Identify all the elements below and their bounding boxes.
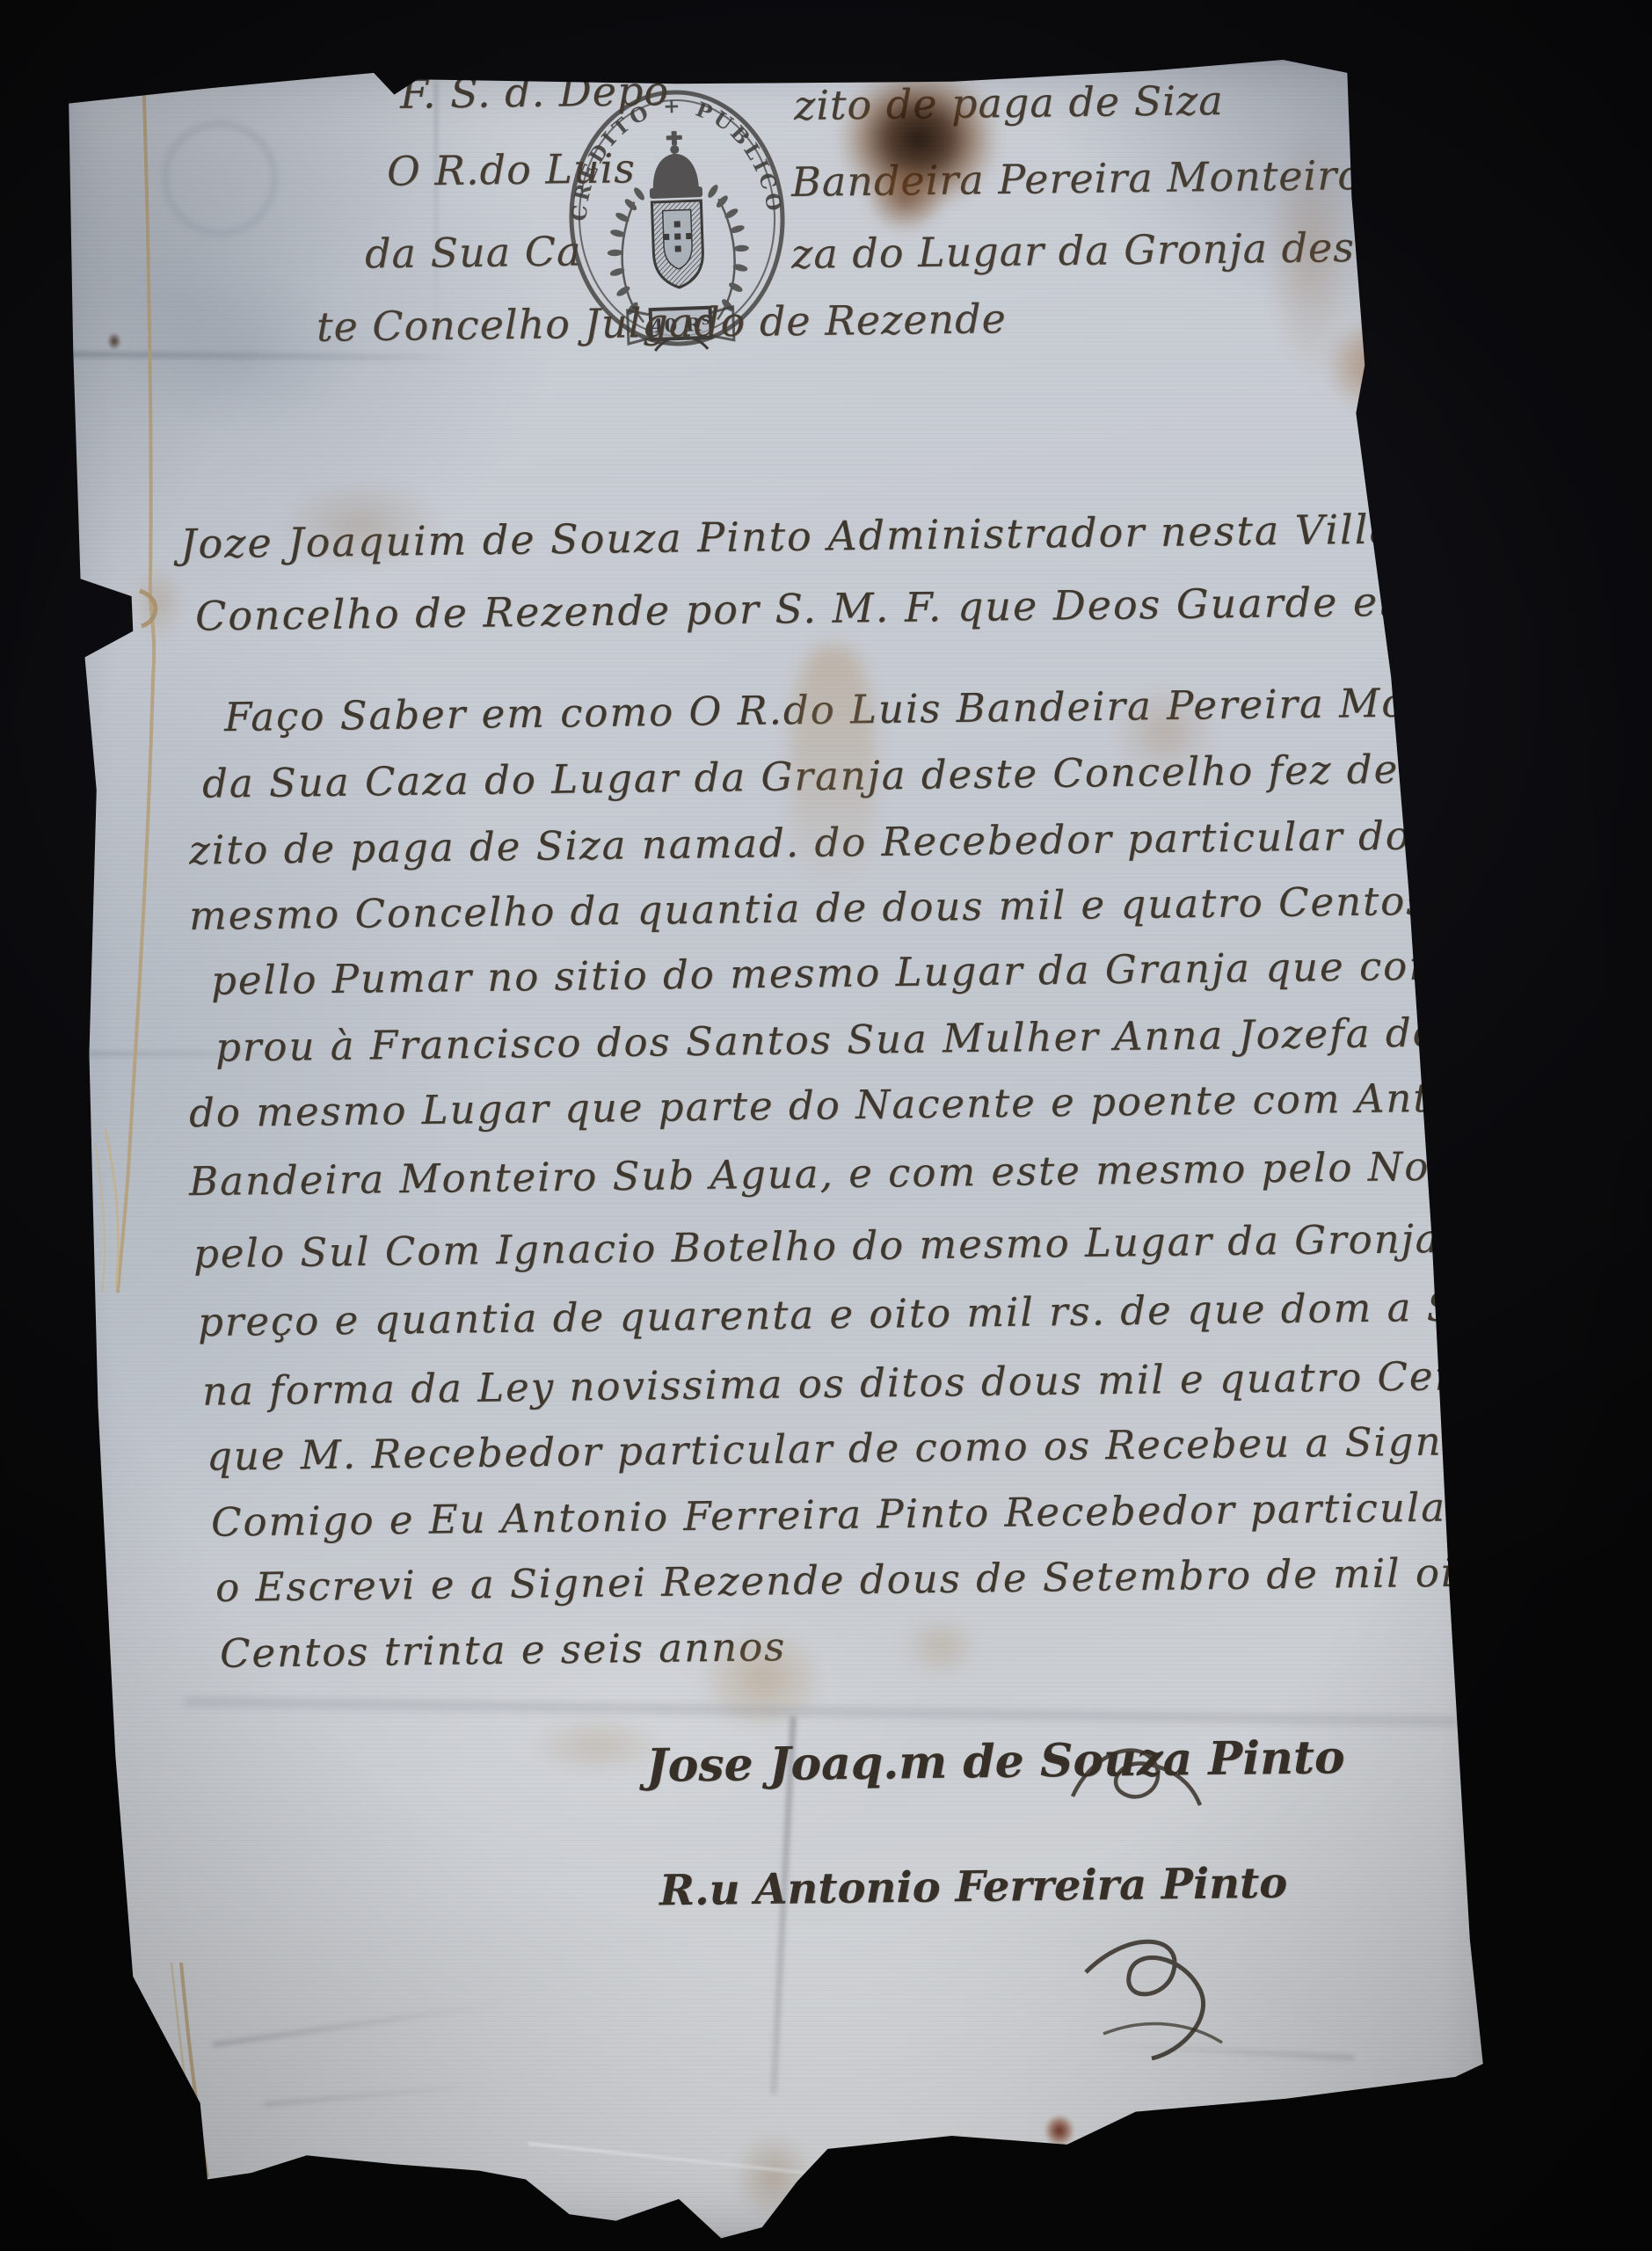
binding-thread [48, 60, 400, 2240]
photo-of-manuscript: { "photo": { "background_color": "#0b0b0… [0, 0, 1652, 2251]
header-line-1-left: F. S. d. Depo [400, 67, 670, 118]
wrinkle-bottom-right [1090, 2042, 1354, 2060]
header-line-3-right: za do Lugar da Gronja des [791, 223, 1355, 278]
wrinkle-bottom-left-2 [264, 2083, 491, 2107]
body-line-1: Faço Saber em como O R.do Luis Bandeira … [224, 678, 1539, 740]
signature-recebedor: R.u Antonio Ferreira Pinto [659, 1859, 1288, 1916]
signature-administrator: Jose Joaq.m de Souza Pinto [646, 1730, 1345, 1793]
crease-main-fold [185, 1694, 1459, 1727]
body-line-10: preço e quantia de quarenta e oito mil r… [198, 1283, 1518, 1345]
body-line-14: o Escrevi e a Signei Rezende dous de Set… [215, 1548, 1514, 1611]
tan-stain-annos-right [901, 1614, 980, 1679]
body-line-11: na forma da Ley novissima os ditos dous … [202, 1351, 1599, 1414]
body-line-8: Bandeira Monteiro Sub Agua, e com este m… [189, 1142, 1508, 1205]
body-line-2: da Sua Caza do Lugar da Granja deste Con… [202, 745, 1467, 807]
body-line-7: do mesmo Lugar que parte do Nacente e po… [189, 1074, 1525, 1137]
body-line-4: mesmo Concelho da quantia de dous mil e … [189, 877, 1488, 939]
tan-stain-stitch [132, 563, 185, 642]
body-line-9: pelo Sul Com Ignacio Botelho do mesmo Lu… [193, 1214, 1540, 1278]
crown-icon [648, 130, 703, 199]
signature-flourish-icon [1068, 1920, 1235, 2069]
rust-stain-right-edge [1323, 317, 1437, 413]
embossed-seal-icon [154, 113, 286, 244]
intro-line-1: Joze Joaquim de Souza Pinto Administrado… [180, 506, 1395, 568]
manuscript-paper: CREDITO + PUBLICO [48, 60, 1508, 2240]
body-line-12: que M. Recebedor particular de como os R… [207, 1416, 1604, 1479]
header-line-2-right: Bandeira Pereira Monteiro [791, 151, 1363, 206]
tear-edge-highlight [528, 2142, 818, 2175]
body-line-5: pello Pumar no sitio do mesmo Lugar da G… [211, 942, 1464, 1003]
crease-top-left [69, 352, 464, 361]
header-line-3-left: da Sua Ca [365, 227, 582, 277]
body-line-3: zito de paga de Siza namad. do Recebedor… [189, 812, 1427, 873]
body-line-15: Centos trinta e seis annos [220, 1623, 787, 1677]
header-line-4: te Concelho Julgado de Rezende [317, 295, 1007, 351]
ghost-writing-smudge [127, 280, 365, 429]
shield-icon [651, 200, 703, 288]
rust-dot-bottom [1044, 2115, 1074, 2146]
margin-amount: 2400 [1442, 872, 1543, 916]
intro-line-2: Concelho de Rezende por S. M. F. que Deo… [195, 577, 1437, 639]
header-line-2-left: O R.do Luis [387, 144, 636, 194]
body-line-13: Comigo e Eu Antonio Ferreira Pinto Receb… [211, 1483, 1467, 1545]
body-line-6: prou à Francisco dos Santos Sua Mulher A… [215, 1009, 1460, 1070]
stain-bottom-tear [734, 2132, 813, 2220]
wrinkle-bottom-left-1 [212, 2002, 499, 2047]
header-line-1-right: zito de paga de Siza [794, 76, 1224, 129]
dark-spot-left-edge [107, 332, 121, 350]
